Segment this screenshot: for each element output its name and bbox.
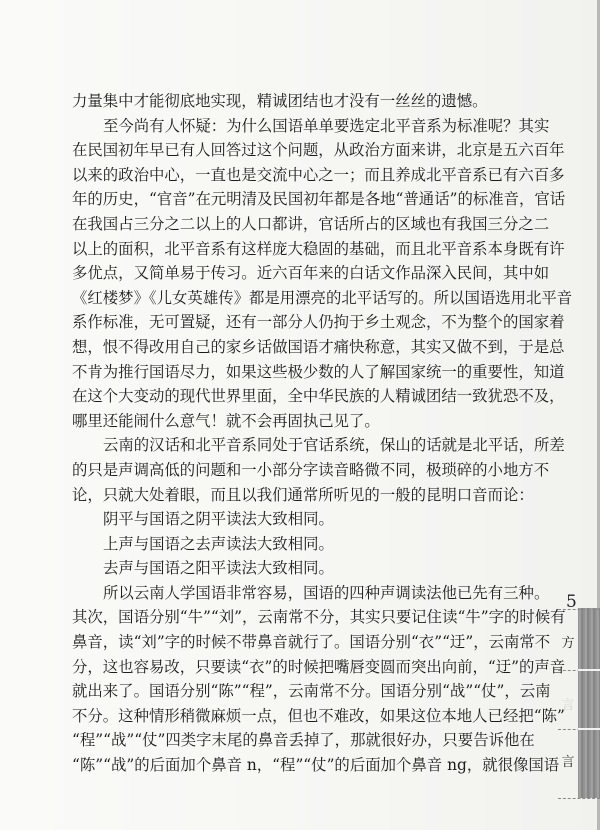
text-line: 阴平与国语之阴平读法大致相同。 [72, 507, 534, 532]
thumb-index-stripe [578, 608, 600, 798]
text-line: 力量集中才能彻底地实现，精诚团结也才没有一丝丝的遗憾。 [72, 89, 534, 114]
tab-divider [558, 609, 600, 610]
text-line: 年的历史，“官音”在元明清及民国初年都是各地“普通话”的标准音，官话 [72, 187, 534, 212]
text-line: 不肯为推行国语尽力，如果这些极少数的人了解国家统一的重要性，知道 [72, 360, 534, 385]
text-line: 分，这也容易改，只要读“衣”的时候把嘴唇变圆而突出向前，“迂”的声音 [72, 655, 534, 680]
text-line: 鼻音，读“刘”字的时候不带鼻音就行了。国语分别“衣”“迂”，云南常不 [72, 630, 534, 655]
text-line: 云南的汉话和北平音系同处于官话系统，保山的话就是北平话，所差 [72, 433, 534, 458]
text-line: 的只是声调高低的问题和一小部分字读音略微不同，极琐碎的小地方不 [72, 458, 534, 483]
tab-gap [578, 669, 600, 671]
text-line: 至今尚有人怀疑：为什么国语单单要选定北平音系为标准呢？其实 [72, 114, 534, 139]
text-line: 就出来了。国语分别“陈”“程”，云南常不分。国语分别“战”“仗”，云南 [72, 679, 534, 704]
text-line: 其次，国语分别“牛”“刘”，云南常不分，其实只要记住读“牛”字的时候有 [72, 605, 534, 630]
book-page: 力量集中才能彻底地实现，精诚团结也才没有一丝丝的遗憾。 至今尚有人怀疑：为什么国… [0, 0, 600, 830]
text-line: 去声与国语之阳平读法大致相同。 [72, 556, 534, 581]
tab-gap [578, 728, 600, 730]
text-line: 哪里还能闹什么意气！就不会再固执己见了。 [72, 409, 534, 434]
text-line: 以上的面积，北平音系有这样庞大稳固的基础，而且北平音系本身既有许 [72, 237, 534, 262]
text-line: 在民国初年早已有人回答过这个问题，从政治方面来讲，北京是五六百年 [72, 138, 534, 163]
text-line: “程”“战”“仗”四类字末尾的鼻音丢掉了，那就很好办，只要告诉他在 [72, 728, 534, 753]
text-line: 论，只就大处着眼，而且以我们通常所听见的一般的昆明口音而论： [72, 483, 534, 508]
text-line: 不分。这种情形稍微麻烦一点，但也不难改，如果这位本地人已经把“陈” [72, 704, 534, 729]
tab-char-3: 言 [558, 751, 578, 770]
text-line: 在我国占三分之二以上的人口都讲，官话所占的区域也有我国三分之二 [72, 212, 534, 237]
text-line: 《红楼梦》《儿女英雄传》都是用漂亮的北平话写的。所以国语选用北平音 [72, 286, 534, 311]
tab-divider [558, 798, 600, 799]
tab-char-2: 言 [558, 694, 578, 713]
text-line: 上声与国语之去声读法大致相同。 [72, 532, 534, 557]
text-line: 多优点，又简单易于传习。近六百年来的白话文作品深入民间，其中如 [72, 261, 534, 286]
body-text: 力量集中才能彻底地实现，精诚团结也才没有一丝丝的遗憾。 至今尚有人怀疑：为什么国… [72, 89, 534, 778]
text-line: 在这个大变动的现代世界里面，全中华民族的人精诚团结一致犹恐不及， [72, 384, 534, 409]
text-line: 想，恨不得改用自己的家乡话做国语才痛快称意，其实又做不到，于是总 [72, 335, 534, 360]
tab-char-1: 方 [558, 632, 578, 651]
text-line: 所以云南人学国语非常容易，国语的四种声调读法他已先有三种。 [72, 581, 534, 606]
text-line: “陈”“战”的后面加个鼻音 n，“程”“仗”的后面加个鼻音 ng，就很像国语 [72, 753, 534, 778]
text-line: 以来的政治中心，一直也是交流中心之一；而且养成北平音系已有六百多 [72, 163, 534, 188]
text-line: 系作标准，无可置疑，还有一部分人仍拘于乡土观念，不为整个的国家着 [72, 310, 534, 335]
